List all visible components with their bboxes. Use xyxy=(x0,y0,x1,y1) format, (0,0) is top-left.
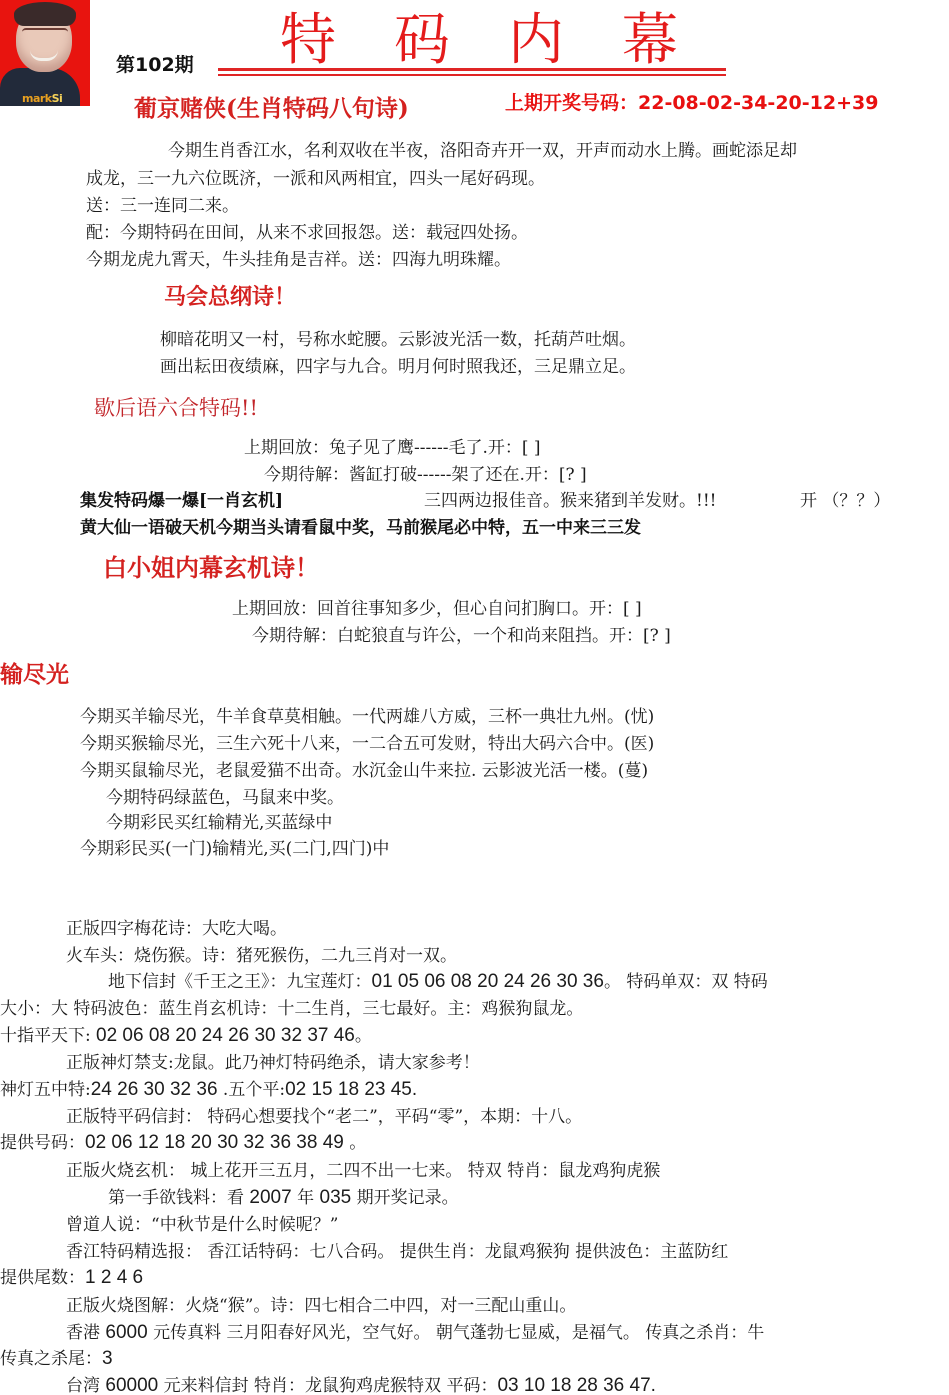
misc-line-envelope: 地下信封《千王之王》：九宝莲灯：01 05 06 08 20 24 26 30 … xyxy=(108,967,768,993)
last-draw-numbers: 22-08-02-34-20-12+39 xyxy=(638,92,878,114)
avatar-hair xyxy=(14,2,76,26)
avatar-watermark: markSi xyxy=(22,92,62,105)
jifa-open: 开 （？？） xyxy=(800,486,890,511)
section-heading-xiehouyu: 歇后语六合特码!! xyxy=(94,392,258,422)
horse-line-1: 柳暗花明又一村，号称水蛇腰。云影波光活一数，托葫芦吐烟。 xyxy=(160,325,636,350)
misc-line-size-wave: 大小：大 特码波色：蓝生肖玄机诗：十二生肖，三七最好。主：鸡猴狗鼠龙。 xyxy=(0,994,583,1019)
macau-line-5: 今期龙虎九霄天，牛头挂角是吉祥。送：四海九明珠耀。 xyxy=(86,245,511,270)
wongtaisin-line: 黄大仙一语破天机今期当头请看鼠中奖，马前猴尾必中特，五一中来三三发 xyxy=(80,513,641,538)
lose-line-6: 今期彩民买(一门)输精光,买(二门,四门)中 xyxy=(80,834,389,859)
xiehouyu-current: 今期待解：酱缸打破------架了还在.开：[? ] xyxy=(264,460,587,485)
misc-line-zeng: 曾道人说：“中秋节是什么时候呢？” xyxy=(66,1210,338,1235)
issue-number: 第102期 xyxy=(116,50,194,77)
lose-line-3: 今期买鼠输尽光，老鼠爱猫不出奇。水沉金山牛来拉. 云影波光活一楼。(蔓) xyxy=(80,756,648,781)
lose-line-1: 今期买羊输尽光，牛羊食草莫相触。一代两雄八方威，三杯一典壮九州。(忧) xyxy=(80,702,654,727)
title-underline xyxy=(218,68,726,71)
misc-line-first-hand: 第一手欲钱料：看 2007 年 035 期开奖记录。 xyxy=(108,1183,459,1209)
misc-line-xiangjiang: 香江特码精选报： 香江话特码：七八合码。 提供生肖：龙鼠鸡猴狗 提供波色：主蓝防… xyxy=(66,1237,728,1262)
jifa-label: 集发特码爆一爆[一肖玄机] xyxy=(80,486,283,511)
section-heading-macau: 葡京赌侠(生肖特码八句诗) xyxy=(134,90,409,123)
lose-line-5: 今期彩民买红输精光,买蓝绿中 xyxy=(106,808,332,833)
macau-line-3: 送：三一连同二来。 xyxy=(86,191,239,216)
misc-line-tail-numbers: 提供尾数：1 2 4 6 xyxy=(0,1263,143,1289)
misc-line-provided-numbers: 提供号码：02 06 12 18 20 30 32 36 38 49 。 xyxy=(0,1128,366,1154)
misc-line-fax-tail: 传真之杀尾：3 xyxy=(0,1344,113,1370)
avatar-glasses xyxy=(22,28,68,40)
section-heading-miss-bai: 白小姐内幕玄机诗！ xyxy=(103,548,319,583)
page-title: 特码内幕 xyxy=(280,0,736,76)
title-underline-2 xyxy=(218,74,726,76)
misc-line-ten-fingers: 十指平天下: 02 06 08 20 24 26 30 32 37 46。 xyxy=(0,1021,372,1047)
misc-line-hk-fax: 香港 6000 元传真料 三月阳春好风光，空气好。 朝气蓬勃七显威，是福气。 传… xyxy=(66,1318,764,1344)
section-heading-lose: 输尽光 xyxy=(0,656,69,689)
macau-line-4: 配：今期特码在田间，从来不求回报怨。送：载冠四处扬。 xyxy=(86,218,528,243)
misc-line-taiwan-envelope: 台湾 60000 元来料信封 特肖：龙鼠狗鸡虎猴特双 平码：03 10 18 2… xyxy=(66,1371,656,1395)
misc-line-plum-poem: 正版四字梅花诗：大吃大喝。 xyxy=(66,914,287,939)
macau-line-1: 今期生肖香江水，名利双收在半夜，洛阳奇卉开一双，开声而动水上腾。画蛇添足却 xyxy=(168,136,797,161)
misc-line-fire-mystery: 正版火烧玄机： 城上花开三五月，二四不出一七来。 特双 特肖：鼠龙鸡狗虎猴 xyxy=(66,1156,660,1181)
miss-bai-last-review: 上期回放：回首往事知多少，但心自问扪胸口。开：[ ] xyxy=(232,594,642,619)
macau-line-2: 成龙，三一九六位既济，一派和风两相宜，四头一尾好码现。 xyxy=(86,164,545,189)
last-draw: 上期开奖号码：22-08-02-34-20-12+39 xyxy=(505,88,878,115)
xiehouyu-last-review: 上期回放：兔子见了鹰------毛了.开：[ ] xyxy=(244,433,541,458)
misc-line-lamp-five: 神灯五中特:24 26 30 32 36 .五个平:02 15 18 23 45… xyxy=(0,1075,417,1101)
section-heading-horse: 马会总纲诗！ xyxy=(164,280,296,311)
misc-line-lamp-ban: 正版神灯禁支:龙鼠。此乃神灯特码绝杀，请大家参考！ xyxy=(66,1048,480,1073)
misc-line-special-envelope: 正版特平码信封： 特码心想要找个“老二”，平码“零”，本期：十八。 xyxy=(66,1102,582,1127)
misc-line-fire-diagram: 正版火烧图解：火烧“猴”。诗：四七相合二中四，对一三配山重山。 xyxy=(66,1291,576,1316)
jifa-text: 三四两边报佳音。猴来猪到羊发财。!!! xyxy=(424,486,717,511)
last-draw-label: 上期开奖号码： xyxy=(505,92,638,114)
horse-line-2: 画出耘田夜绩麻，四字与九合。明月何时照我还，三足鼎立足。 xyxy=(160,352,636,377)
avatar-photo: markSi xyxy=(0,0,90,106)
lose-line-4: 今期特码绿蓝色，马鼠来中奖。 xyxy=(106,783,344,808)
lose-line-2: 今期买猴输尽光，三生六死十八来，一二合五可发财，特出大码六合中。(医) xyxy=(80,729,654,754)
miss-bai-current: 今期待解：白蛇狼直与许公，一个和尚来阻挡。开：[? ] xyxy=(252,621,671,646)
misc-line-train-head: 火车头：烧伤猴。诗：猪死猴伤，二九三肖对一双。 xyxy=(66,941,457,966)
